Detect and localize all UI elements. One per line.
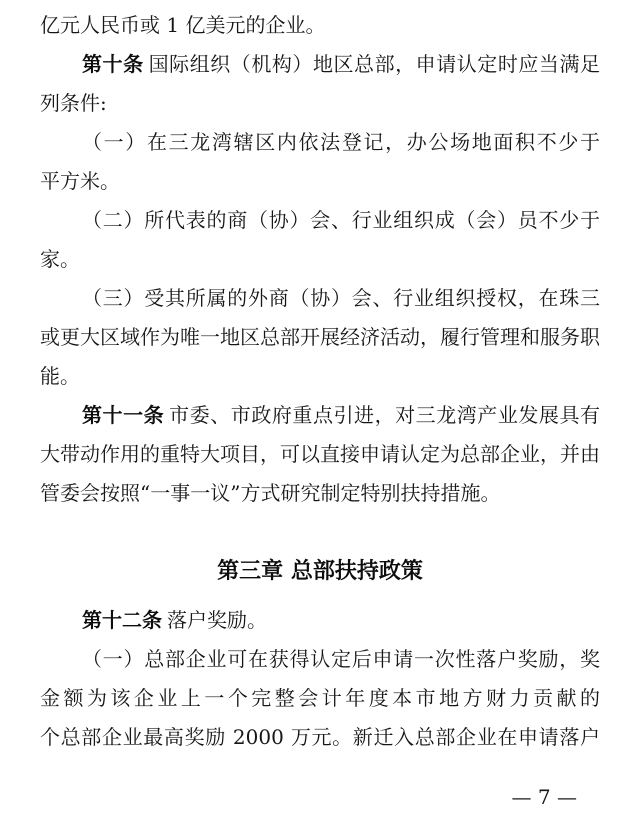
article-number: 第十二条 [82,608,162,632]
line-text: 平方米。 [40,169,120,193]
line-text: 列条件: [40,91,107,115]
line-text: 落户奖励。 [167,608,267,632]
text-line: （二）所代表的商（协）会、行业组织成（会）员不少于 100 [40,201,600,240]
text-line: 家。 [40,240,600,279]
text-line: 第十二条落户奖励。 [40,601,600,640]
line-text: 家。 [40,247,80,271]
text-line: （三）受其所属的外商（协）会、行业组织授权，在珠三角 [40,279,600,318]
article-number: 第十一条 [82,403,164,427]
text-line: 个总部企业最高奖励 2000 万元。新迁入总部企业在申请落户奖励 [40,718,600,757]
line-text: 能。 [40,364,80,388]
article-number: 第十条 [82,52,144,76]
text-line: 第十一条市委、市政府重点引进，对三龙湾产业发展具有重 [40,396,600,435]
text-line: 大带动作用的重特大项目，可以直接申请认定为总部企业，并由 [40,435,600,474]
text-line: 列条件: [40,84,600,123]
text-line: （一）总部企业可在获得认定后申请一次性落户奖励，奖励 [40,640,600,679]
line-text: 亿元人民币或 1 亿美元的企业。 [40,13,325,37]
page-footer: — 7 — [512,785,577,809]
document-page: 亿元人民币或 1 亿美元的企业。第十条国际组织（机构）地区总部，申请认定时应当满… [0,0,640,840]
line-text: （二）所代表的商（协）会、行业组织成（会）员不少于 100 [40,208,600,240]
text-line: 或更大区域作为唯一地区总部开展经济活动，履行管理和服务职 [40,318,600,357]
line-text: （一）在三龙湾辖区内依法登记，办公场地面积不少于 100 [40,130,600,162]
text-line: 能。 [40,357,600,396]
line-text: 金额为该企业上一个完整会计年度本市地方财力贡献的 100%。单 [40,686,600,718]
text-line: 第十条国际组织（机构）地区总部，申请认定时应当满足下 [40,45,600,84]
line-text: （三）受其所属的外商（协）会、行业组织授权，在珠三角 [40,286,600,318]
text-line: 管委会按照“一事一议”方式研究制定特别扶持措施。 [40,474,600,513]
line-text: 管委会按照“一事一议”方式研究制定特别扶持措施。 [40,481,500,505]
text-line: 亿元人民币或 1 亿美元的企业。 [40,6,600,45]
line-text: 大带动作用的重特大项目，可以直接申请认定为总部企业，并由 [40,442,600,466]
line-text: 或更大区域作为唯一地区总部开展经济活动，履行管理和服务职 [40,325,600,349]
chapter-heading: 第三章 总部扶持政策 [40,552,600,591]
line-text: （一）总部企业可在获得认定后申请一次性落户奖励，奖励 [40,647,600,679]
text-line: 金额为该企业上一个完整会计年度本市地方财力贡献的 100%。单 [40,679,600,718]
line-text: 个总部企业最高奖励 2000 万元。新迁入总部企业在申请落户奖励 [40,725,600,757]
document-body: 亿元人民币或 1 亿美元的企业。第十条国际组织（机构）地区总部，申请认定时应当满… [40,6,600,757]
text-line: （一）在三龙湾辖区内依法登记，办公场地面积不少于 100 [40,123,600,162]
page-number: — 7 — [512,785,577,809]
text-line: 平方米。 [40,162,600,201]
